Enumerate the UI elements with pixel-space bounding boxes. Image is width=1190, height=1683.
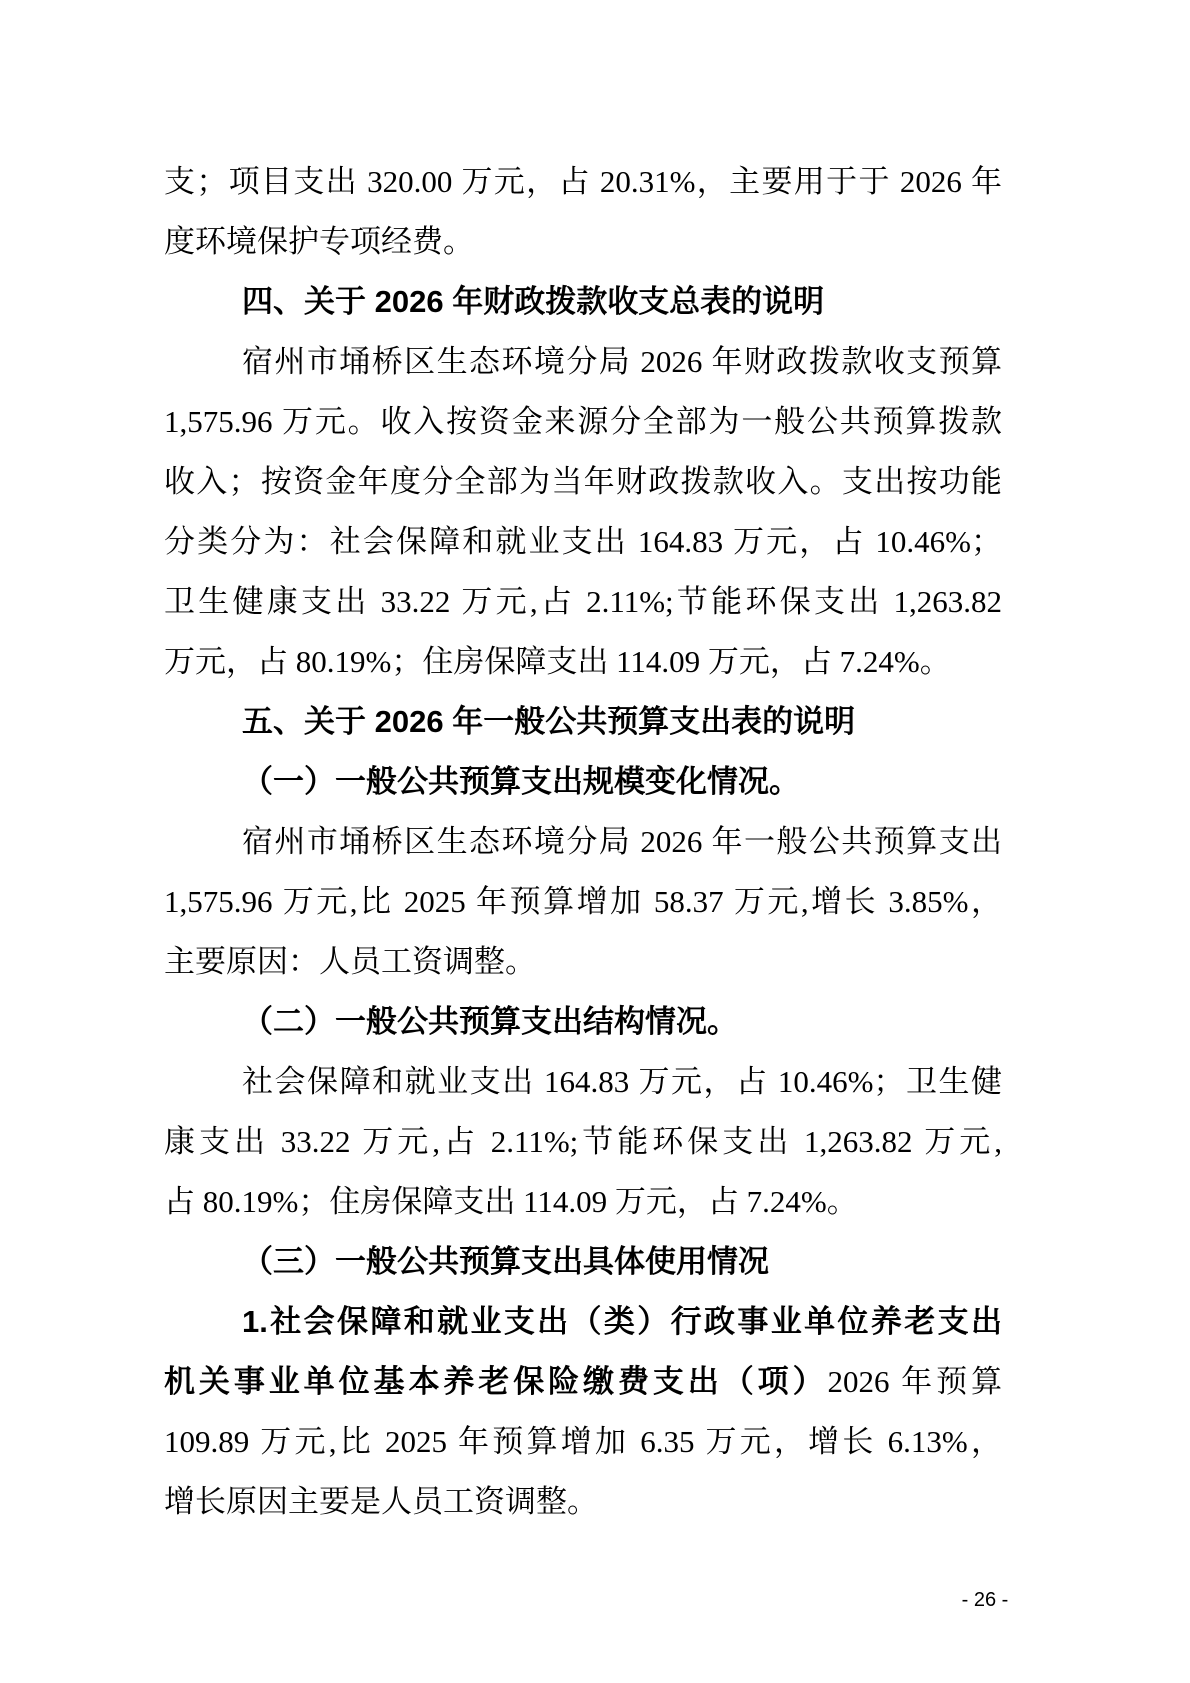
text-line: 占 80.19%；住房保障支出 114.09 万元，占 7.24%。 [164, 1172, 1002, 1232]
heading-section-4: 四、关于 2026 年财政拨款收支总表的说明 [164, 272, 1002, 332]
bold-text-segment: （三）一般公共预算支出具体使用情况 [242, 1244, 769, 1279]
heading-line: 五、关于 2026 年一般公共预算支出表的说明 [164, 692, 1002, 752]
text-segment: 康支出 33.22 万元,占 2.11%;节能环保支出 1,263.82 万元, [164, 1124, 1002, 1159]
text-line: 1.社会保障和就业支出（类）行政事业单位养老支出（款） [164, 1292, 1002, 1352]
paragraph-budget-scale-change: 宿州市埇桥区生态环境分局 2026 年一般公共预算支出1,575.96 万元,比… [164, 812, 1002, 992]
text-line: 康支出 33.22 万元,占 2.11%;节能环保支出 1,263.82 万元, [164, 1112, 1002, 1172]
text-segment: 109.89 万元,比 2025 年预算增加 6.35 万元，增长 6.13%， [164, 1424, 1002, 1459]
text-segment: 宿州市埇桥区生态环境分局 2026 年财政拨款收支预算 [242, 344, 1002, 379]
text-segment: 宿州市埇桥区生态环境分局 2026 年一般公共预算支出 [242, 824, 1002, 859]
text-line: 109.89 万元,比 2025 年预算增加 6.35 万元，增长 6.13%， [164, 1412, 1002, 1472]
heading-subsection-5-3: （三）一般公共预算支出具体使用情况 [164, 1232, 1002, 1292]
bold-text-segment: 1.社会保障和就业支出（类）行政事业单位养老支出（款） [164, 1304, 1002, 1352]
text-line: 宿州市埇桥区生态环境分局 2026 年财政拨款收支预算 [164, 332, 1002, 392]
text-segment: 收入；按资金年度分全部为当年财政拨款收入。支出按功能 [164, 464, 1002, 499]
text-line: 增长原因主要是人员工资调整。 [164, 1472, 1002, 1532]
heading-line: （三）一般公共预算支出具体使用情况 [164, 1232, 1002, 1292]
heading-line: （一）一般公共预算支出规模变化情况。 [164, 752, 1002, 812]
heading-section-5: 五、关于 2026 年一般公共预算支出表的说明 [164, 692, 1002, 752]
text-segment: 占 80.19%；住房保障支出 114.09 万元，占 7.24%。 [164, 1184, 858, 1219]
paragraph-item-1-pension: 1.社会保障和就业支出（类）行政事业单位养老支出（款）机关事业单位基本养老保险缴… [164, 1292, 1002, 1532]
heading-subsection-5-1: （一）一般公共预算支出规模变化情况。 [164, 752, 1002, 812]
text-line: 主要原因：人员工资调整。 [164, 932, 1002, 992]
page-number: - 26 - [925, 1588, 1045, 1612]
text-line: 机关事业单位基本养老保险缴费支出（项）2026 年预算 [164, 1352, 1002, 1412]
text-line: 1,575.96 万元,比 2025 年预算增加 58.37 万元,增长 3.8… [164, 872, 1002, 932]
text-line: 社会保障和就业支出 164.83 万元，占 10.46%；卫生健 [164, 1052, 1002, 1112]
text-segment: 主要原因：人员工资调整。 [164, 944, 536, 979]
text-line: 收入；按资金年度分全部为当年财政拨款收入。支出按功能 [164, 452, 1002, 512]
bold-text-segment: （一）一般公共预算支出规模变化情况。 [242, 764, 800, 799]
heading-line: 四、关于 2026 年财政拨款收支总表的说明 [164, 272, 1002, 332]
text-segment: 增长原因主要是人员工资调整。 [164, 1484, 598, 1519]
bold-text-segment: 机关事业单位基本养老保险缴费支出（项） [164, 1364, 828, 1399]
paragraph-project-expense-continuation: 支；项目支出 320.00 万元，占 20.31%，主要用于于 2026 年度环… [164, 152, 1002, 272]
text-line: 1,575.96 万元。收入按资金来源分全部为一般公共预算拨款 [164, 392, 1002, 452]
bold-text-segment: （二）一般公共预算支出结构情况。 [242, 1004, 738, 1039]
text-segment: 卫生健康支出 33.22 万元,占 2.11%;节能环保支出 1,263.82 [164, 584, 1002, 619]
bold-text-segment: 四、关于 2026 年财政拨款收支总表的说明 [242, 284, 824, 319]
text-segment: 支；项目支出 320.00 万元，占 20.31%，主要用于于 2026 年 [164, 164, 1002, 199]
text-line: 支；项目支出 320.00 万元，占 20.31%，主要用于于 2026 年 [164, 152, 1002, 212]
document-page: 支；项目支出 320.00 万元，占 20.31%，主要用于于 2026 年度环… [0, 0, 1190, 1683]
heading-line: （二）一般公共预算支出结构情况。 [164, 992, 1002, 1052]
text-line: 度环境保护专项经费。 [164, 212, 1002, 272]
document-body: 支；项目支出 320.00 万元，占 20.31%，主要用于于 2026 年度环… [164, 152, 1002, 1532]
text-segment: 万元，占 80.19%；住房保障支出 114.09 万元，占 7.24%。 [164, 644, 951, 679]
text-line: 分类分为：社会保障和就业支出 164.83 万元，占 10.46%； [164, 512, 1002, 572]
text-segment: 1,575.96 万元。收入按资金来源分全部为一般公共预算拨款 [164, 404, 1002, 439]
heading-subsection-5-2: （二）一般公共预算支出结构情况。 [164, 992, 1002, 1052]
bold-text-segment: 五、关于 2026 年一般公共预算支出表的说明 [242, 704, 855, 739]
paragraph-fiscal-appropriation-summary: 宿州市埇桥区生态环境分局 2026 年财政拨款收支预算1,575.96 万元。收… [164, 332, 1002, 692]
text-line: 宿州市埇桥区生态环境分局 2026 年一般公共预算支出 [164, 812, 1002, 872]
paragraph-budget-structure: 社会保障和就业支出 164.83 万元，占 10.46%；卫生健康支出 33.2… [164, 1052, 1002, 1232]
text-segment: 度环境保护专项经费。 [164, 224, 474, 259]
text-line: 卫生健康支出 33.22 万元,占 2.11%;节能环保支出 1,263.82 [164, 572, 1002, 632]
text-line: 万元，占 80.19%；住房保障支出 114.09 万元，占 7.24%。 [164, 632, 1002, 692]
text-segment: 1,575.96 万元,比 2025 年预算增加 58.37 万元,增长 3.8… [164, 884, 1002, 919]
text-segment: 社会保障和就业支出 164.83 万元，占 10.46%；卫生健 [242, 1064, 1002, 1099]
text-segment: 2026 年预算 [828, 1364, 1003, 1399]
text-segment: 分类分为：社会保障和就业支出 164.83 万元，占 10.46%； [164, 524, 1002, 559]
